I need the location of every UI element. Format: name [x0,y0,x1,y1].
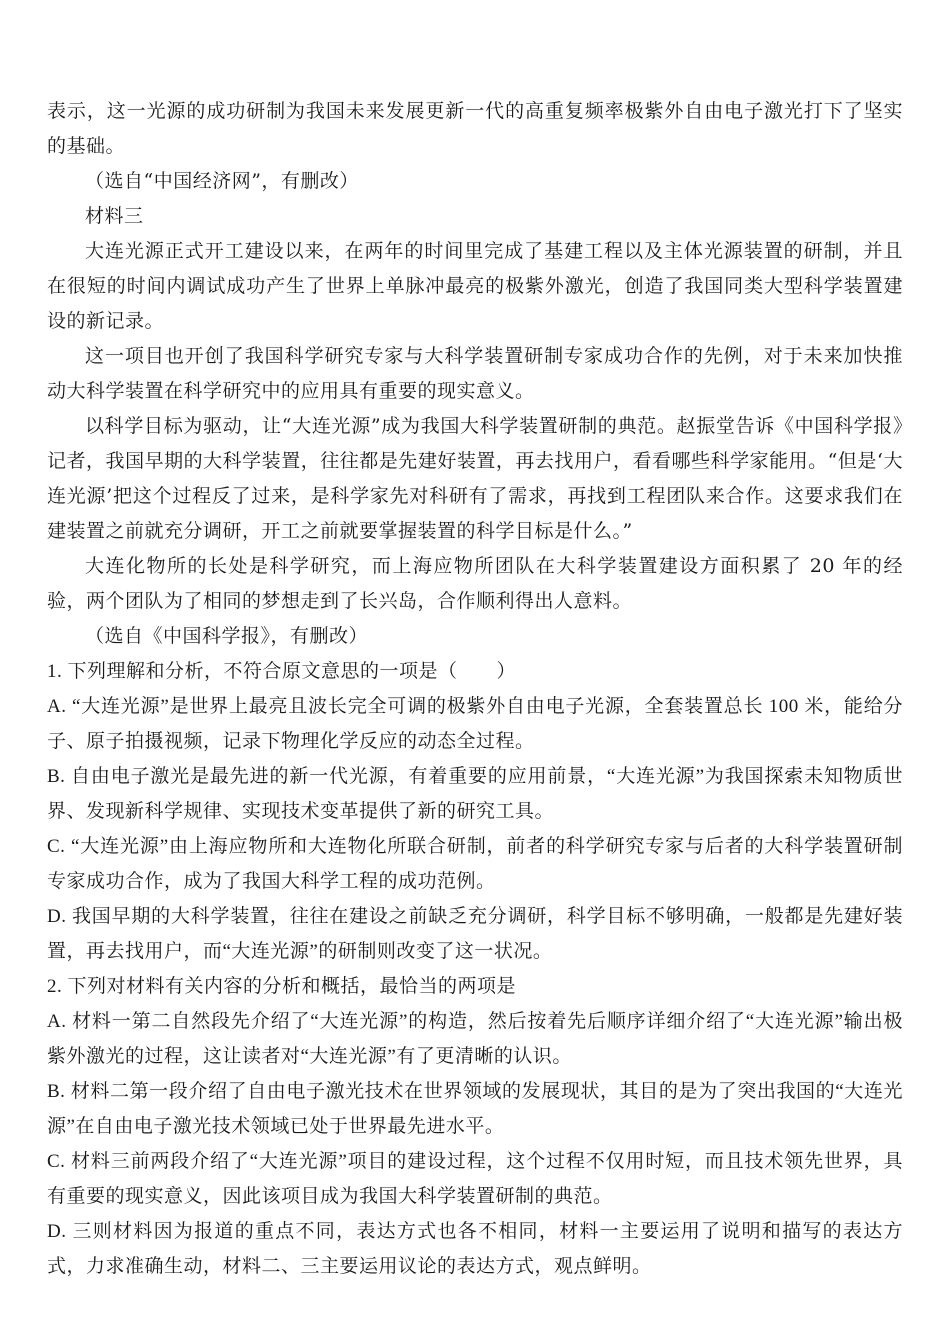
source-note-2: （选自《中国科学报》，有删改） [47,619,903,654]
source-note-1: （选自“中国经济网”，有删改） [47,164,903,199]
question-1-option-b: B. 自由电子激光是最先进的新一代光源，有着重要的应用前景，“大连光源”为我国探… [47,759,903,829]
material-3-paragraph-4: 大连化物所的长处是科学研究，而上海应物所团队在大科学装置建设方面积累了 20 年… [47,549,903,619]
material-3-paragraph-3: 以科学目标为驱动，让“大连光源”成为我国大科学装置研制的典范。赵振堂告诉《中国科… [47,409,903,549]
question-2-option-b: B. 材料二第一段介绍了自由电子激光技术在世界领域的发展现状，其目的是为了突出我… [47,1074,903,1144]
lead-continuation-paragraph: 表示，这一光源的成功研制为我国未来发展更新一代的高重复频率极紫外自由电子激光打下… [47,94,903,164]
question-2-stem: 2. 下列对材料有关内容的分析和概括，最恰当的两项是 [47,969,903,1004]
question-2-option-c: C. 材料三前两段介绍了“大连光源”项目的建设过程，这个过程不仅用时短，而且技术… [47,1144,903,1214]
question-1-option-a: A. “大连光源”是世界上最亮且波长完全可调的极紫外自由电子光源，全套装置总长 … [47,689,903,759]
material-3-paragraph-1: 大连光源正式开工建设以来，在两年的时间里完成了基建工程以及主体光源装置的研制，并… [47,234,903,339]
exam-document-page: 表示，这一光源的成功研制为我国未来发展更新一代的高重复频率极紫外自由电子激光打下… [0,0,950,1344]
material-3-paragraph-2: 这一项目也开创了我国科学研究专家与大科学装置研制专家成功合作的先例，对于未来加快… [47,339,903,409]
question-1-stem: 1. 下列理解和分析，不符合原文意思的一项是（ ） [47,654,903,689]
material-3-heading: 材料三 [47,199,903,234]
question-1-option-d: D. 我国早期的大科学装置，往往在建设之前缺乏充分调研，科学目标不够明确，一般都… [47,899,903,969]
question-1-option-c: C. “大连光源”由上海应物所和大连物化所联合研制，前者的科学研究专家与后者的大… [47,829,903,899]
question-2-option-a: A. 材料一第二自然段先介绍了“大连光源”的构造，然后按着先后顺序详细介绍了“大… [47,1004,903,1074]
question-2-option-d: D. 三则材料因为报道的重点不同，表达方式也各不相同，材料一主要运用了说明和描写… [47,1214,903,1284]
